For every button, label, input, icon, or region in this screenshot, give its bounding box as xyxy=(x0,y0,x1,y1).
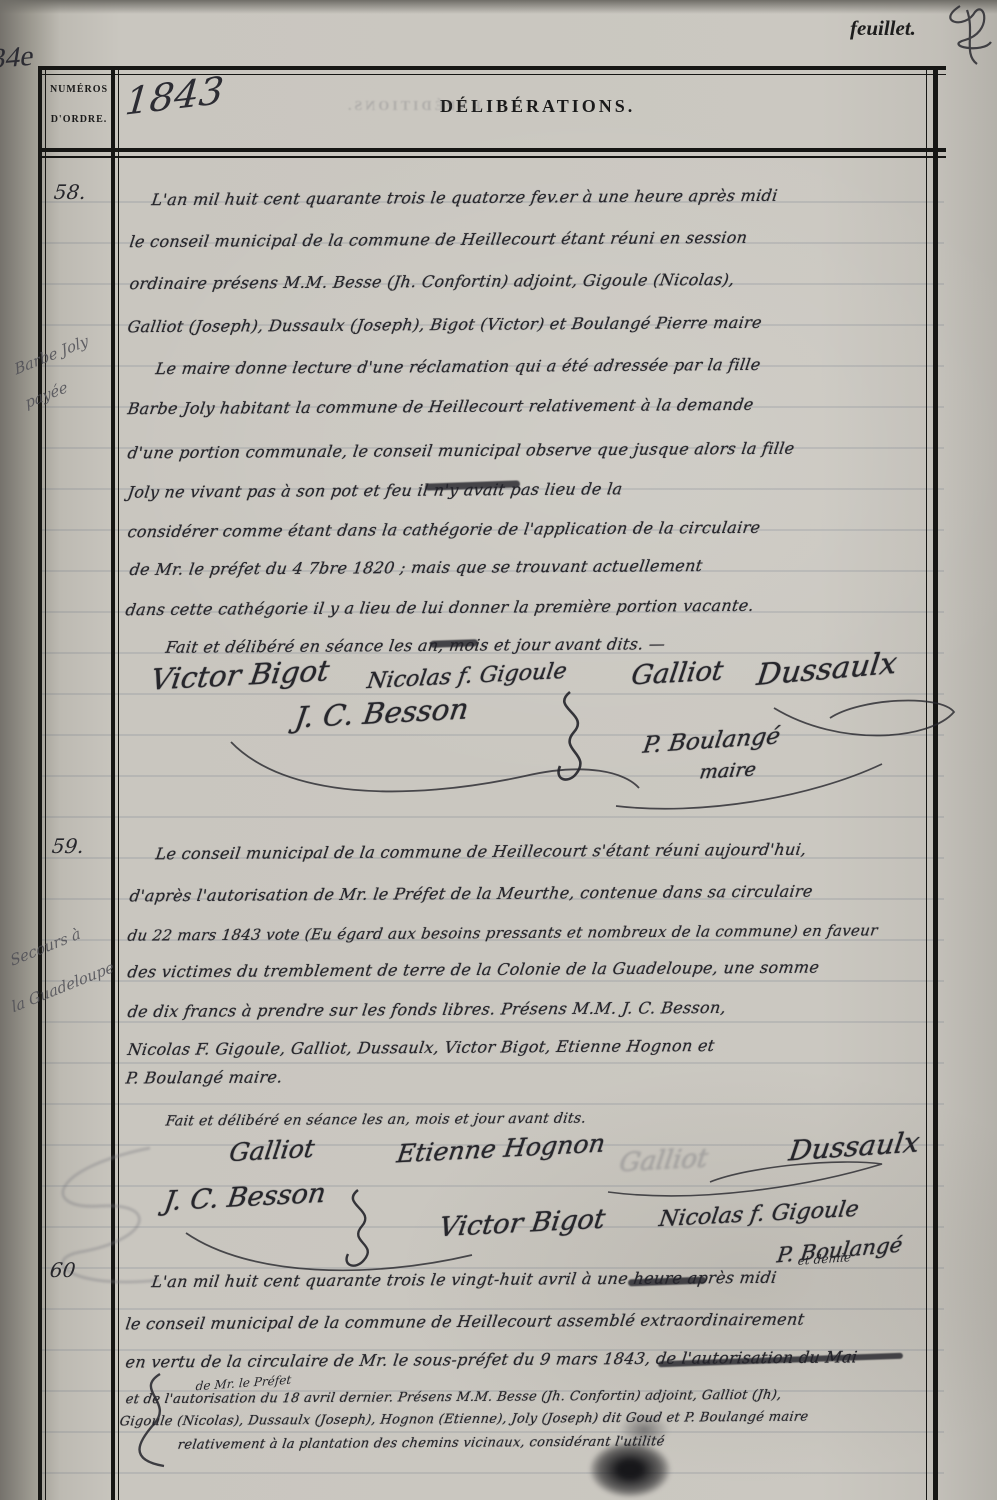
manuscript-line: de Mr. le préfet du 4 7bre 1820 ; mais q… xyxy=(128,556,703,579)
manuscript-line: P. Boulangé maire. xyxy=(125,1067,284,1087)
signature-swoosh xyxy=(225,732,645,800)
year-annotation: 1843 xyxy=(123,68,225,123)
bleedthrough-title: EXPÉDITIONS. xyxy=(345,99,481,115)
frame-border-right-inner xyxy=(926,66,927,1500)
entry-number: 59. xyxy=(51,834,85,858)
signature: Galliot xyxy=(629,656,725,692)
header-bottom-rule-2 xyxy=(38,156,946,158)
paraph-flourish xyxy=(120,1368,190,1473)
column-header-numeros: NUMÉROS xyxy=(40,84,118,95)
manuscript-line: Joly ne vivant pas à son pot et feu il n… xyxy=(126,479,623,501)
signature: Galliot xyxy=(228,1134,317,1167)
signature-swoosh xyxy=(610,758,890,818)
ink-smudge xyxy=(618,1414,670,1446)
manuscript-line: Fait et délibéré en séance les an, mois … xyxy=(165,1111,587,1130)
entry-number: 58. xyxy=(53,180,87,204)
entry-number: 60 xyxy=(49,1258,77,1282)
frame-border-right xyxy=(933,66,938,1500)
header-bottom-rule xyxy=(38,148,946,152)
signature-swoosh xyxy=(770,688,960,752)
ink-blot xyxy=(590,1442,670,1497)
column-header-ordre: D'ORDRE. xyxy=(40,114,118,125)
manuscript-line: Fait et délibéré en séance les an, mois … xyxy=(164,634,666,656)
scanned-register-page: 34e feuillet. NUMÉROS D'ORDRE. DÉLIBÉRAT… xyxy=(0,0,997,1500)
corner-paraph-flourish xyxy=(905,2,995,68)
frame-border-top xyxy=(38,66,946,70)
signature-swoosh xyxy=(600,1156,890,1204)
